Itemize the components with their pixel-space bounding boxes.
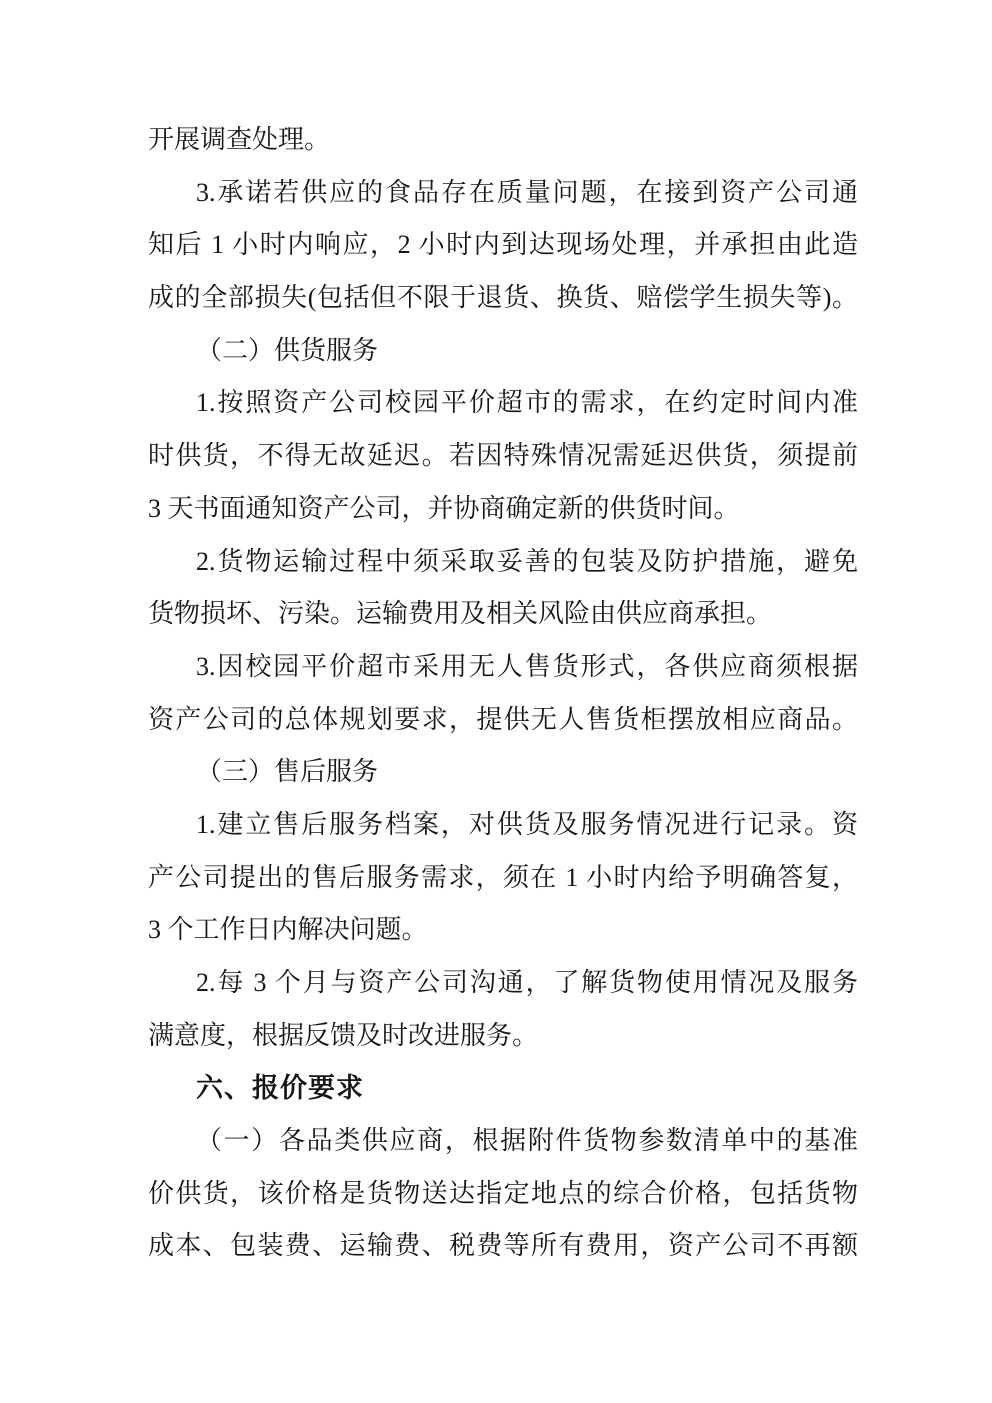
text-line: （二）供货服务 bbox=[148, 325, 858, 378]
text-line: 1.按照资产公司校园平价超市的需求，在约定时间内准 bbox=[148, 377, 858, 430]
text-line: （三）售后服务 bbox=[148, 746, 858, 799]
text-line: 满意度，根据反馈及时改进服务。 bbox=[148, 1010, 858, 1063]
text-line: 2.货物运输过程中须采取妥善的包装及防护措施，避免 bbox=[148, 536, 858, 589]
text-line: 成本、包装费、运输费、税费等所有费用，资产公司不再额 bbox=[148, 1220, 858, 1273]
section-heading: 六、报价要求 bbox=[148, 1062, 858, 1115]
text-line: 货物损坏、污染。运输费用及相关风险由供应商承担。 bbox=[148, 588, 858, 641]
text-line: 知后 1 小时内响应，2 小时内到达现场处理，并承担由此造 bbox=[148, 219, 858, 272]
text-line: 产公司提出的售后服务需求，须在 1 小时内给予明确答复， bbox=[148, 852, 858, 905]
text-line: 3.承诺若供应的食品存在质量问题，在接到资产公司通 bbox=[148, 167, 858, 220]
document-text-block: 开展调查处理。3.承诺若供应的食品存在质量问题，在接到资产公司通知后 1 小时内… bbox=[148, 114, 858, 1273]
text-line: 成的全部损失(包括但不限于退货、换货、赔偿学生损失等)。 bbox=[148, 272, 858, 325]
text-line: （一）各品类供应商，根据附件货物参数清单中的基准 bbox=[148, 1115, 858, 1168]
text-line: 资产公司的总体规划要求，提供无人售货柜摆放相应商品。 bbox=[148, 694, 858, 747]
text-line: 3 天书面通知资产公司，并协商确定新的供货时间。 bbox=[148, 483, 858, 536]
text-line: 1.建立售后服务档案，对供货及服务情况进行记录。资 bbox=[148, 799, 858, 852]
text-line: 开展调查处理。 bbox=[148, 114, 858, 167]
text-line: 3.因校园平价超市采用无人售货形式，各供应商须根据 bbox=[148, 641, 858, 694]
text-line: 3 个工作日内解决问题。 bbox=[148, 904, 858, 957]
text-line: 价供货，该价格是货物送达指定地点的综合价格，包括货物 bbox=[148, 1168, 858, 1221]
text-line: 2.每 3 个月与资产公司沟通，了解货物使用情况及服务 bbox=[148, 957, 858, 1010]
document-page: 开展调查处理。3.承诺若供应的食品存在质量问题，在接到资产公司通知后 1 小时内… bbox=[0, 0, 992, 1403]
text-line: 时供货，不得无故延迟。若因特殊情况需延迟供货，须提前 bbox=[148, 430, 858, 483]
